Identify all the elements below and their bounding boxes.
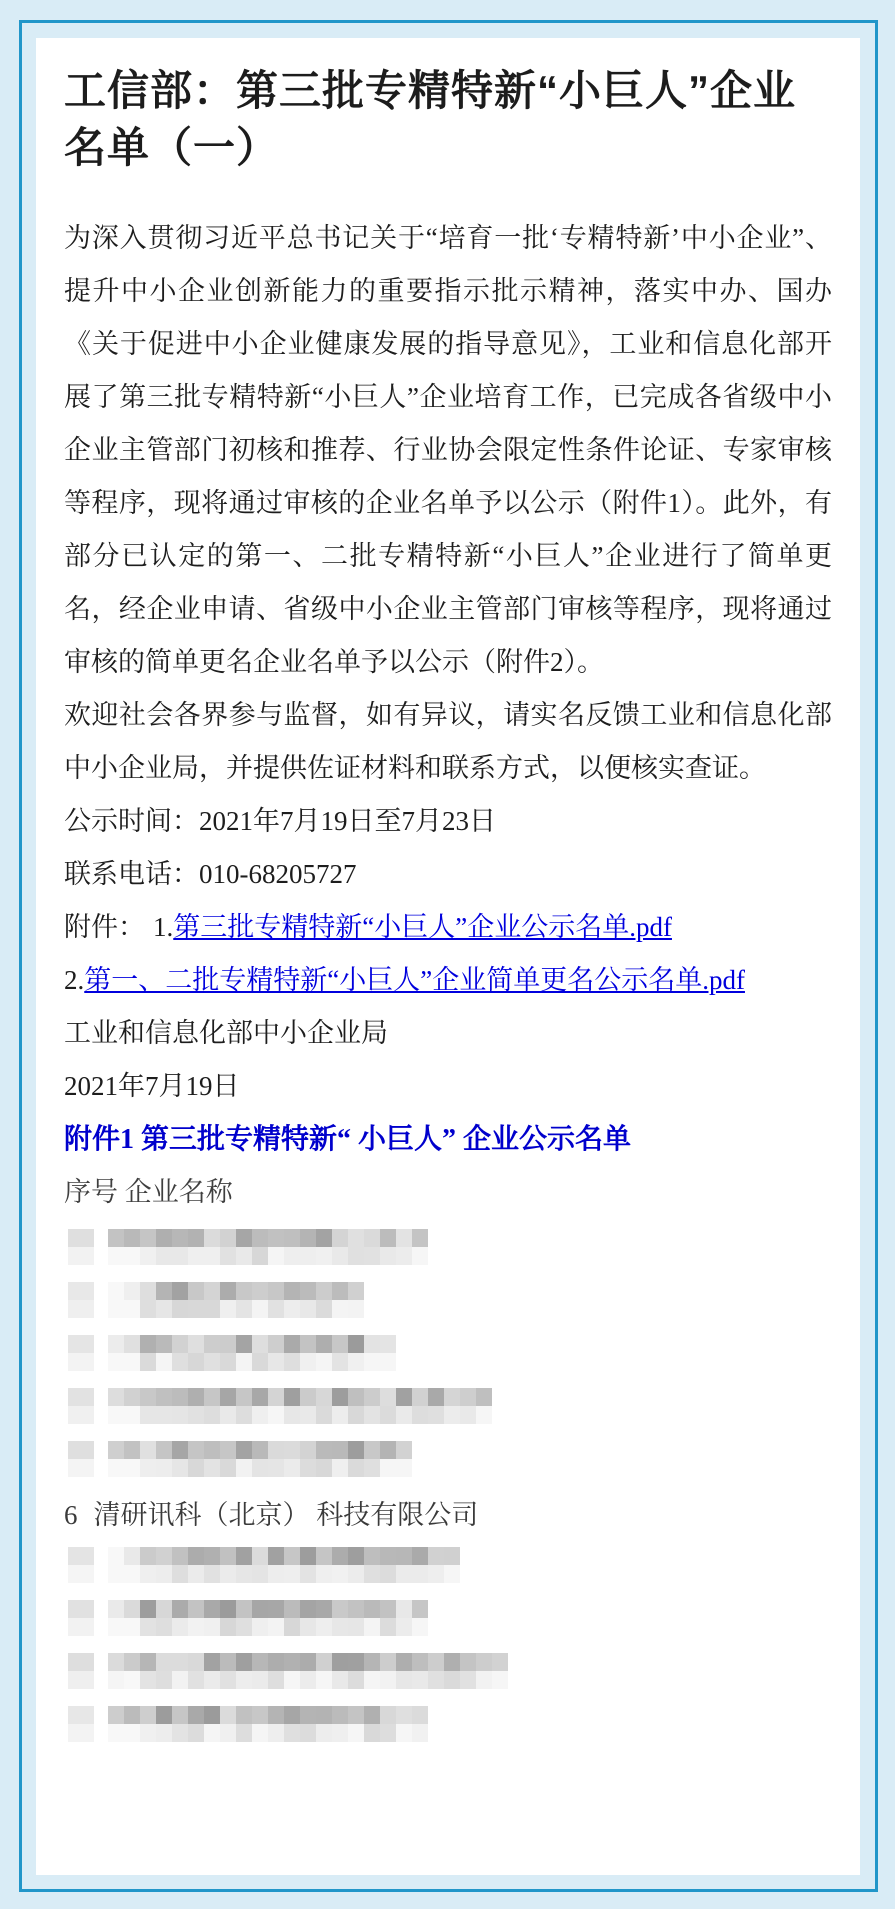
mosaic-cell [412, 1671, 428, 1689]
mosaic-cell [332, 1406, 348, 1424]
mosaic-cell [108, 1388, 124, 1406]
mosaic-cell [396, 1653, 412, 1671]
masked-name-mosaic [108, 1706, 428, 1742]
mosaic-cell [220, 1247, 236, 1265]
mosaic-cell [332, 1300, 348, 1318]
mosaic-cell [156, 1406, 172, 1424]
mosaic-cell [236, 1706, 252, 1724]
mosaic-cell [124, 1565, 140, 1583]
mosaic-cell [268, 1565, 284, 1583]
attachments-label: 附件： [64, 912, 145, 942]
mosaic-band [108, 1724, 428, 1742]
mosaic-cell [396, 1441, 412, 1459]
masked-name-mosaic [108, 1229, 428, 1265]
masked-index-block [68, 1335, 94, 1371]
mosaic-cell [300, 1671, 316, 1689]
mosaic-cell [364, 1547, 380, 1565]
attachment-link-1[interactable]: 第三批专精特新“小巨人”企业公示名单.pdf [173, 912, 672, 942]
mosaic-cell [188, 1459, 204, 1477]
mosaic-cell [156, 1706, 172, 1724]
mosaic-cell [220, 1724, 236, 1742]
mosaic-cell [236, 1229, 252, 1247]
mosaic-cell [124, 1671, 140, 1689]
mosaic-cell [444, 1653, 460, 1671]
mosaic-cell [156, 1724, 172, 1742]
mosaic-cell [108, 1459, 124, 1477]
mosaic-cell [140, 1653, 156, 1671]
mosaic-cell [348, 1406, 364, 1424]
masked-name-mosaic [108, 1335, 396, 1371]
mosaic-band [108, 1653, 508, 1671]
mosaic-cell [380, 1671, 396, 1689]
mosaic-cell [268, 1706, 284, 1724]
mosaic-cell [204, 1335, 220, 1353]
mosaic-cell [396, 1706, 412, 1724]
mosaic-cell [140, 1353, 156, 1371]
mosaic-cell [332, 1547, 348, 1565]
mosaic-cell [236, 1300, 252, 1318]
mosaic-cell [460, 1406, 476, 1424]
mosaic-cell [188, 1282, 204, 1300]
mosaic-cell [156, 1600, 172, 1618]
mosaic-cell [332, 1459, 348, 1477]
mosaic-cell [172, 1282, 188, 1300]
mosaic-cell [156, 1388, 172, 1406]
mosaic-cell [284, 1459, 300, 1477]
mosaic-cell [188, 1653, 204, 1671]
mosaic-cell [316, 1724, 332, 1742]
mosaic-cell [140, 1600, 156, 1618]
list-item-masked [64, 1653, 832, 1689]
mosaic-cell [316, 1547, 332, 1565]
mosaic-cell [268, 1353, 284, 1371]
mosaic-cell [412, 1653, 428, 1671]
mosaic-cell [332, 1653, 348, 1671]
mosaic-cell [156, 1671, 172, 1689]
mosaic-cell [140, 1282, 156, 1300]
mosaic-cell [300, 1335, 316, 1353]
mosaic-cell [412, 1706, 428, 1724]
masked-name-mosaic [108, 1441, 412, 1477]
mosaic-cell [380, 1618, 396, 1636]
mosaic-cell [252, 1600, 268, 1618]
company-name: 清研讯科（北京） 科技有限公司 [94, 1494, 479, 1536]
mosaic-cell [204, 1653, 220, 1671]
mosaic-cell [252, 1247, 268, 1265]
mosaic-cell [412, 1565, 428, 1583]
mosaic-cell [172, 1600, 188, 1618]
mosaic-cell [220, 1618, 236, 1636]
mosaic-cell [364, 1671, 380, 1689]
mosaic-cell [140, 1300, 156, 1318]
mosaic-cell [332, 1282, 348, 1300]
mosaic-band [108, 1388, 492, 1406]
mosaic-cell [444, 1406, 460, 1424]
mosaic-cell [156, 1459, 172, 1477]
mosaic-cell [268, 1247, 284, 1265]
mosaic-cell [300, 1406, 316, 1424]
mosaic-cell [252, 1706, 268, 1724]
mosaic-cell [108, 1247, 124, 1265]
mosaic-cell [364, 1565, 380, 1583]
mosaic-cell [156, 1229, 172, 1247]
mosaic-cell [252, 1547, 268, 1565]
mosaic-cell [236, 1353, 252, 1371]
mosaic-cell [300, 1565, 316, 1583]
masked-index-block [68, 1653, 94, 1689]
mosaic-cell [316, 1441, 332, 1459]
mosaic-cell [156, 1300, 172, 1318]
mosaic-cell [268, 1724, 284, 1742]
mosaic-cell [300, 1653, 316, 1671]
mosaic-cell [396, 1600, 412, 1618]
mosaic-cell [140, 1724, 156, 1742]
mosaic-cell [284, 1618, 300, 1636]
mosaic-cell [396, 1618, 412, 1636]
mosaic-cell [332, 1335, 348, 1353]
mosaic-cell [460, 1671, 476, 1689]
mosaic-cell [204, 1618, 220, 1636]
mosaic-cell [396, 1565, 412, 1583]
mosaic-cell [156, 1353, 172, 1371]
mosaic-cell [284, 1247, 300, 1265]
mosaic-cell [380, 1547, 396, 1565]
mosaic-cell [172, 1565, 188, 1583]
mosaic-cell [140, 1618, 156, 1636]
mosaic-cell [396, 1247, 412, 1265]
mosaic-cell [348, 1282, 364, 1300]
mosaic-cell [124, 1724, 140, 1742]
mosaic-cell [460, 1653, 476, 1671]
paragraph-main: 为深入贯彻习近平总书记关于“培育一批‘专精特新’中小企业”、提升中小企业创新能力… [64, 212, 832, 689]
mosaic-cell [396, 1724, 412, 1742]
mosaic-band [108, 1406, 492, 1424]
mosaic-cell [140, 1706, 156, 1724]
publicity-period: 公示时间：2021年7月19日至7月23日 [64, 795, 832, 848]
mosaic-band [108, 1300, 364, 1318]
mosaic-cell [364, 1441, 380, 1459]
mosaic-cell [204, 1600, 220, 1618]
mosaic-cell [316, 1706, 332, 1724]
mosaic-cell [236, 1653, 252, 1671]
mosaic-cell [364, 1724, 380, 1742]
mosaic-cell [204, 1565, 220, 1583]
mosaic-cell [396, 1229, 412, 1247]
mosaic-cell [332, 1229, 348, 1247]
mosaic-cell [332, 1671, 348, 1689]
mosaic-cell [428, 1671, 444, 1689]
mosaic-band [108, 1706, 428, 1724]
mosaic-cell [300, 1600, 316, 1618]
mosaic-cell [108, 1671, 124, 1689]
mosaic-cell [348, 1300, 364, 1318]
mosaic-cell [428, 1406, 444, 1424]
mosaic-cell [268, 1406, 284, 1424]
article-card: 工信部：第三批专精特新“小巨人”企业名单（一） 为深入贯彻习近平总书记关于“培育… [36, 38, 860, 1875]
mosaic-cell [460, 1388, 476, 1406]
mosaic-cell [140, 1247, 156, 1265]
mosaic-cell [348, 1388, 364, 1406]
mosaic-cell [124, 1653, 140, 1671]
mosaic-cell [188, 1335, 204, 1353]
masked-index-block [68, 1388, 94, 1424]
mosaic-cell [204, 1459, 220, 1477]
attachment-link-2[interactable]: 第一、二批专精特新“小巨人”企业简单更名公示名单.pdf [84, 965, 745, 995]
mosaic-cell [284, 1229, 300, 1247]
mosaic-cell [268, 1671, 284, 1689]
mosaic-cell [140, 1565, 156, 1583]
mosaic-cell [156, 1653, 172, 1671]
mosaic-cell [300, 1459, 316, 1477]
mosaic-cell [316, 1618, 332, 1636]
mosaic-cell [332, 1706, 348, 1724]
mosaic-cell [156, 1618, 172, 1636]
mosaic-cell [284, 1353, 300, 1371]
mosaic-cell [188, 1618, 204, 1636]
mosaic-cell [108, 1706, 124, 1724]
mosaic-cell [476, 1653, 492, 1671]
mosaic-cell [316, 1653, 332, 1671]
mosaic-cell [348, 1618, 364, 1636]
mosaic-cell [252, 1229, 268, 1247]
mosaic-cell [124, 1335, 140, 1353]
mosaic-cell [380, 1565, 396, 1583]
mosaic-cell [252, 1459, 268, 1477]
mosaic-cell [316, 1353, 332, 1371]
mosaic-cell [124, 1600, 140, 1618]
mosaic-cell [364, 1388, 380, 1406]
mosaic-cell [300, 1547, 316, 1565]
mosaic-cell [444, 1671, 460, 1689]
mosaic-cell [188, 1671, 204, 1689]
mosaic-cell [348, 1353, 364, 1371]
mosaic-cell [188, 1406, 204, 1424]
mosaic-cell [316, 1388, 332, 1406]
mosaic-cell [140, 1335, 156, 1353]
mosaic-cell [220, 1388, 236, 1406]
mosaic-cell [252, 1406, 268, 1424]
masked-index-block [68, 1441, 94, 1477]
masked-name-mosaic [108, 1600, 428, 1636]
mosaic-cell [252, 1335, 268, 1353]
mosaic-cell [188, 1300, 204, 1318]
mosaic-cell [172, 1618, 188, 1636]
mosaic-cell [108, 1618, 124, 1636]
mosaic-cell [396, 1388, 412, 1406]
mosaic-cell [188, 1600, 204, 1618]
masked-name-mosaic [108, 1282, 364, 1318]
mosaic-cell [172, 1388, 188, 1406]
mosaic-cell [204, 1406, 220, 1424]
list-item-masked [64, 1706, 832, 1742]
masked-index-block [68, 1547, 94, 1583]
mosaic-cell [108, 1724, 124, 1742]
mosaic-band [108, 1459, 412, 1477]
mosaic-cell [188, 1706, 204, 1724]
masked-name-mosaic [108, 1547, 460, 1583]
mosaic-cell [396, 1459, 412, 1477]
mosaic-cell [364, 1406, 380, 1424]
mosaic-cell [268, 1441, 284, 1459]
mosaic-cell [476, 1671, 492, 1689]
mosaic-cell [236, 1547, 252, 1565]
mosaic-cell [108, 1300, 124, 1318]
mosaic-cell [284, 1282, 300, 1300]
mosaic-cell [172, 1300, 188, 1318]
mosaic-cell [380, 1724, 396, 1742]
mosaic-cell [220, 1229, 236, 1247]
mosaic-cell [300, 1229, 316, 1247]
mosaic-cell [252, 1724, 268, 1742]
mosaic-cell [364, 1229, 380, 1247]
mosaic-cell [380, 1600, 396, 1618]
mosaic-band [108, 1335, 396, 1353]
mosaic-cell [380, 1353, 396, 1371]
mosaic-cell [316, 1282, 332, 1300]
mosaic-cell [300, 1300, 316, 1318]
mosaic-cell [316, 1300, 332, 1318]
mosaic-band [108, 1282, 364, 1300]
mosaic-cell [220, 1300, 236, 1318]
mosaic-cell [396, 1671, 412, 1689]
mosaic-cell [348, 1247, 364, 1265]
mosaic-cell [204, 1388, 220, 1406]
mosaic-cell [268, 1600, 284, 1618]
mosaic-cell [348, 1653, 364, 1671]
mosaic-cell [188, 1388, 204, 1406]
mosaic-cell [444, 1565, 460, 1583]
mosaic-cell [108, 1600, 124, 1618]
mosaic-cell [316, 1600, 332, 1618]
mosaic-cell [188, 1229, 204, 1247]
mosaic-cell [188, 1441, 204, 1459]
masked-name-mosaic [108, 1388, 492, 1424]
mosaic-cell [220, 1441, 236, 1459]
mosaic-cell [380, 1706, 396, 1724]
masked-index-block [68, 1229, 94, 1265]
mosaic-cell [220, 1600, 236, 1618]
mosaic-cell [348, 1565, 364, 1583]
mosaic-cell [236, 1724, 252, 1742]
mosaic-cell [380, 1653, 396, 1671]
mosaic-cell [332, 1600, 348, 1618]
mosaic-cell [364, 1618, 380, 1636]
mosaic-cell [284, 1547, 300, 1565]
mosaic-cell [220, 1671, 236, 1689]
mosaic-cell [172, 1547, 188, 1565]
mosaic-cell [204, 1706, 220, 1724]
mosaic-cell [204, 1229, 220, 1247]
mosaic-cell [172, 1671, 188, 1689]
mosaic-cell [412, 1724, 428, 1742]
mosaic-cell [380, 1335, 396, 1353]
mosaic-cell [316, 1335, 332, 1353]
mosaic-cell [316, 1459, 332, 1477]
mosaic-cell [332, 1565, 348, 1583]
mosaic-cell [300, 1706, 316, 1724]
mosaic-cell [188, 1247, 204, 1265]
mosaic-cell [412, 1618, 428, 1636]
mosaic-cell [220, 1547, 236, 1565]
mosaic-cell [236, 1459, 252, 1477]
mosaic-cell [380, 1441, 396, 1459]
signature-date: 2021年7月19日 [64, 1060, 832, 1113]
mosaic-cell [476, 1388, 492, 1406]
mosaic-band [108, 1229, 428, 1247]
mosaic-cell [284, 1706, 300, 1724]
mosaic-cell [124, 1247, 140, 1265]
mosaic-cell [204, 1547, 220, 1565]
mosaic-cell [204, 1282, 220, 1300]
mosaic-cell [140, 1459, 156, 1477]
mosaic-cell [220, 1406, 236, 1424]
mosaic-cell [332, 1388, 348, 1406]
mosaic-cell [236, 1388, 252, 1406]
mosaic-cell [284, 1441, 300, 1459]
attachment-2-index: 2. [64, 965, 84, 995]
mosaic-cell [316, 1406, 332, 1424]
mosaic-cell [284, 1565, 300, 1583]
mosaic-cell [300, 1441, 316, 1459]
mosaic-cell [108, 1406, 124, 1424]
mosaic-cell [332, 1353, 348, 1371]
mosaic-cell [268, 1300, 284, 1318]
mosaic-cell [332, 1247, 348, 1265]
paragraph-supervision: 欢迎社会各界参与监督，如有异议，请实名反馈工业和信息化部中小企业局，并提供佐证材… [64, 689, 832, 795]
mosaic-band [108, 1600, 428, 1618]
mosaic-cell [348, 1600, 364, 1618]
mosaic-cell [124, 1229, 140, 1247]
signature-department: 工业和信息化部中小企业局 [64, 1007, 832, 1060]
mosaic-cell [124, 1459, 140, 1477]
contact-phone: 联系电话：010-68205727 [64, 848, 832, 901]
mosaic-cell [268, 1547, 284, 1565]
mosaic-cell [140, 1441, 156, 1459]
masked-name-mosaic [108, 1653, 508, 1689]
masked-index-block [68, 1706, 94, 1742]
mosaic-cell [284, 1600, 300, 1618]
mosaic-cell [412, 1406, 428, 1424]
mosaic-cell [236, 1565, 252, 1583]
mosaic-cell [220, 1459, 236, 1477]
mosaic-band [108, 1671, 508, 1689]
mosaic-cell [380, 1388, 396, 1406]
mosaic-cell [364, 1600, 380, 1618]
attachment-line-1: 附件：1.第三批专精特新“小巨人”企业公示名单.pdf [64, 901, 832, 954]
mosaic-cell [220, 1706, 236, 1724]
mosaic-cell [268, 1653, 284, 1671]
mosaic-cell [268, 1335, 284, 1353]
mosaic-cell [268, 1282, 284, 1300]
mosaic-cell [124, 1441, 140, 1459]
mosaic-band [108, 1565, 460, 1583]
mosaic-cell [348, 1671, 364, 1689]
list-item-masked [64, 1282, 832, 1318]
mosaic-cell [124, 1547, 140, 1565]
mosaic-cell [252, 1388, 268, 1406]
attachment-1-index: 1. [153, 912, 173, 942]
mosaic-cell [220, 1335, 236, 1353]
mosaic-cell [140, 1547, 156, 1565]
mosaic-cell [172, 1653, 188, 1671]
list-item-masked [64, 1441, 832, 1477]
mosaic-cell [428, 1565, 444, 1583]
mosaic-cell [172, 1247, 188, 1265]
company-list: 6清研讯科（北京） 科技有限公司 [64, 1229, 832, 1742]
mosaic-cell [348, 1229, 364, 1247]
mosaic-cell [252, 1565, 268, 1583]
mosaic-cell [364, 1459, 380, 1477]
